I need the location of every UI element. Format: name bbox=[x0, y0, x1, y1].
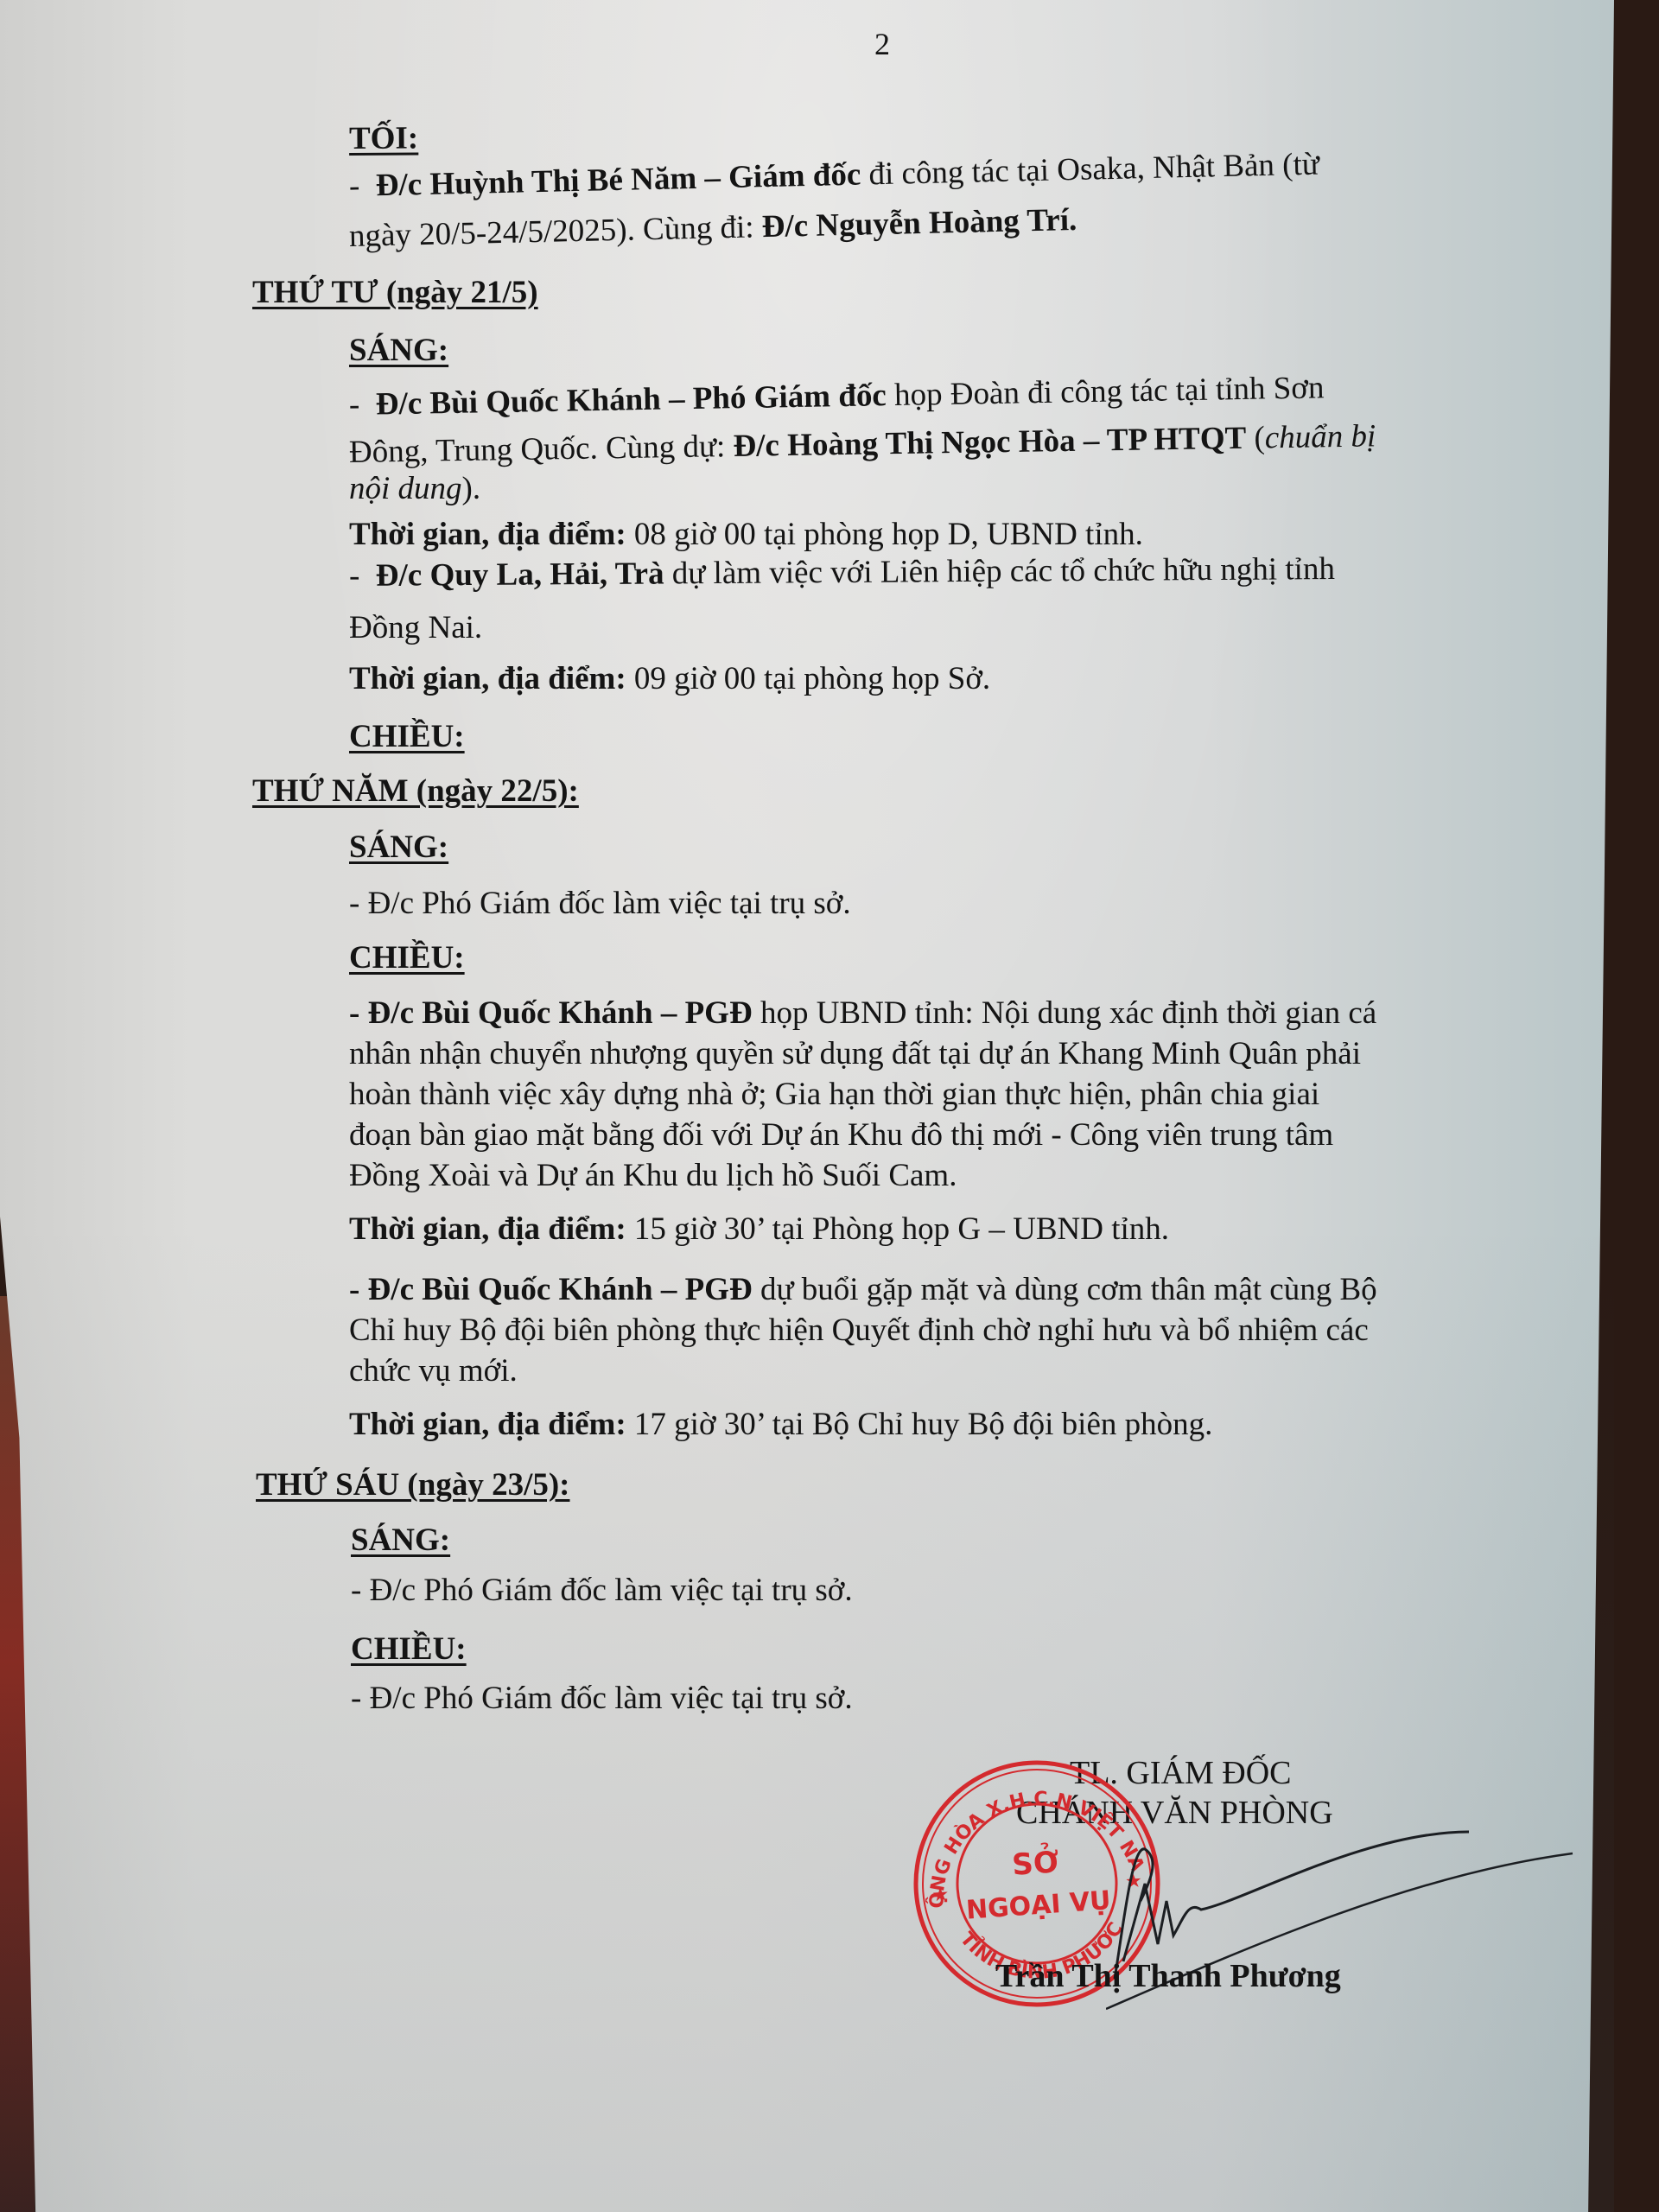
note-text: chuẩn bị bbox=[1265, 418, 1376, 455]
list-item-continued: đoạn bàn giao mặt bằng đối với Dự án Khu… bbox=[349, 1117, 1333, 1154]
paren: ). bbox=[462, 471, 481, 506]
list-item: - Đ/c Bùi Quốc Khánh – PGĐ họp UBND tỉnh… bbox=[349, 995, 1376, 1033]
time-location: Thời gian, địa điểm: 09 giờ 00 tại phòng… bbox=[349, 661, 990, 698]
list-item-continued: Đồng Xoài và Dự án Khu du lịch hồ Suối C… bbox=[349, 1158, 957, 1195]
afternoon-heading: CHIỀU: bbox=[351, 1631, 467, 1669]
item-text: họp UBND tỉnh: Nội dung xác định thời gi… bbox=[753, 995, 1376, 1031]
person-name: Đ/c Bùi Quốc Khánh – Phó Giám đốc bbox=[375, 378, 887, 422]
svg-text:★: ★ bbox=[931, 1883, 950, 1905]
list-item: - Đ/c Phó Giám đốc làm việc tại trụ sở. bbox=[351, 1681, 853, 1718]
person-name: - Đ/c Bùi Quốc Khánh – PGĐ bbox=[349, 995, 753, 1031]
bullet-dash: - bbox=[349, 387, 360, 423]
time-label: Thời gian, địa điểm: bbox=[349, 1407, 626, 1442]
time-value: 17 giờ 30’ tại Bộ Chỉ huy Bộ đội biên ph… bbox=[626, 1407, 1213, 1442]
item-text: dự buổi gặp mặt và dùng cơm thân mật cùn… bbox=[753, 1272, 1377, 1307]
morning-heading: SÁNG: bbox=[351, 1522, 450, 1560]
list-item-continued: Đồng Nai. bbox=[349, 610, 482, 647]
list-item: - Đ/c Bùi Quốc Khánh – Phó Giám đốc họp … bbox=[349, 370, 1325, 423]
page-number: 2 bbox=[874, 26, 890, 62]
day-heading-wednesday: THỨ TƯ (ngày 21/5) bbox=[252, 275, 538, 312]
bullet-dash: - bbox=[349, 558, 360, 594]
list-item-continued: chức vụ mới. bbox=[349, 1353, 518, 1390]
item-text: dự làm việc với Liên hiệp các tổ chức hữ… bbox=[664, 551, 1335, 591]
list-item-continued: nhân nhận chuyển nhượng quyền sử dụng đấ… bbox=[349, 1036, 1361, 1073]
morning-heading: SÁNG: bbox=[349, 829, 448, 867]
time-location: Thời gian, địa điểm: 08 giờ 00 tại phòng… bbox=[349, 517, 1143, 554]
time-location: Thời gian, địa điểm: 17 giờ 30’ tại Bộ C… bbox=[349, 1407, 1212, 1444]
time-label: Thời gian, địa điểm: bbox=[349, 517, 626, 552]
item-text: Đông, Trung Quốc. Cùng dự: bbox=[349, 429, 734, 470]
svg-text:SỞ: SỞ bbox=[1011, 1841, 1060, 1883]
list-item-continued: nội dung). bbox=[349, 471, 480, 508]
paren: ( bbox=[1246, 420, 1265, 455]
companion-name: Đ/c Nguyễn Hoàng Trí. bbox=[761, 202, 1077, 245]
list-item: - Đ/c Huỳnh Thị Bé Năm – Giám đốc đi côn… bbox=[349, 147, 1320, 206]
bullet-dash: - bbox=[349, 168, 360, 204]
svg-text:NGOẠI VỤ: NGOẠI VỤ bbox=[965, 1885, 1112, 1926]
list-item-continued: hoàn thành việc xây dựng nhà ở; Gia hạn … bbox=[349, 1077, 1319, 1114]
person-name: Đ/c Quy La, Hải, Trà bbox=[376, 556, 664, 593]
item-text: ngày 20/5-24/5/2025). Cùng đi: bbox=[349, 209, 763, 254]
list-item: - Đ/c Phó Giám đốc làm việc tại trụ sở. bbox=[349, 886, 851, 923]
day-heading-thursday: THỨ NĂM (ngày 22/5): bbox=[252, 773, 579, 810]
companion-name: Đ/c Hoàng Thị Ngọc Hòa – TP HTQT bbox=[733, 421, 1246, 464]
person-name: - Đ/c Bùi Quốc Khánh – PGĐ bbox=[349, 1272, 753, 1307]
item-text: đi công tác tại Osaka, Nhật Bản (từ bbox=[861, 147, 1319, 193]
list-item: - Đ/c Quy La, Hải, Trà dự làm việc với L… bbox=[349, 551, 1335, 595]
afternoon-heading: CHIỀU: bbox=[349, 719, 465, 756]
time-value: 09 giờ 00 tại phòng họp Sở. bbox=[626, 661, 990, 696]
item-text: họp Đoàn đi công tác tại tỉnh Sơn bbox=[886, 370, 1324, 413]
time-label: Thời gian, địa điểm: bbox=[349, 661, 626, 696]
document-content: 2 TỐI: - Đ/c Huỳnh Thị Bé Năm – Giám đốc… bbox=[0, 0, 1659, 2212]
list-item: - Đ/c Bùi Quốc Khánh – PGĐ dự buổi gặp m… bbox=[349, 1272, 1377, 1309]
day-heading-friday: THỨ SÁU (ngày 23/5): bbox=[256, 1467, 570, 1504]
time-value: 15 giờ 30’ tại Phòng họp G – UBND tỉnh. bbox=[626, 1211, 1169, 1247]
list-item-continued: ngày 20/5-24/5/2025). Cùng đi: Đ/c Nguyễ… bbox=[349, 202, 1077, 256]
section-heading-evening: TỐI: bbox=[349, 120, 418, 157]
time-label: Thời gian, địa điểm: bbox=[349, 1211, 626, 1247]
person-name: Đ/c Huỳnh Thị Bé Năm – Giám đốc bbox=[375, 157, 861, 204]
time-value: 08 giờ 00 tại phòng họp D, UBND tỉnh. bbox=[626, 517, 1143, 552]
list-item-continued: Chỉ huy Bộ đội biên phòng thực hiện Quyế… bbox=[349, 1313, 1369, 1350]
signer-name: Trần Thị Thanh Phương bbox=[995, 1957, 1341, 1995]
afternoon-heading: CHIỀU: bbox=[349, 940, 465, 977]
list-item: - Đ/c Phó Giám đốc làm việc tại trụ sở. bbox=[351, 1573, 853, 1610]
note-text: nội dung bbox=[349, 471, 462, 506]
list-item-continued: Đông, Trung Quốc. Cùng dự: Đ/c Hoàng Thị… bbox=[349, 418, 1376, 471]
morning-heading: SÁNG: bbox=[349, 333, 448, 370]
time-location: Thời gian, địa điểm: 15 giờ 30’ tại Phòn… bbox=[349, 1211, 1169, 1249]
